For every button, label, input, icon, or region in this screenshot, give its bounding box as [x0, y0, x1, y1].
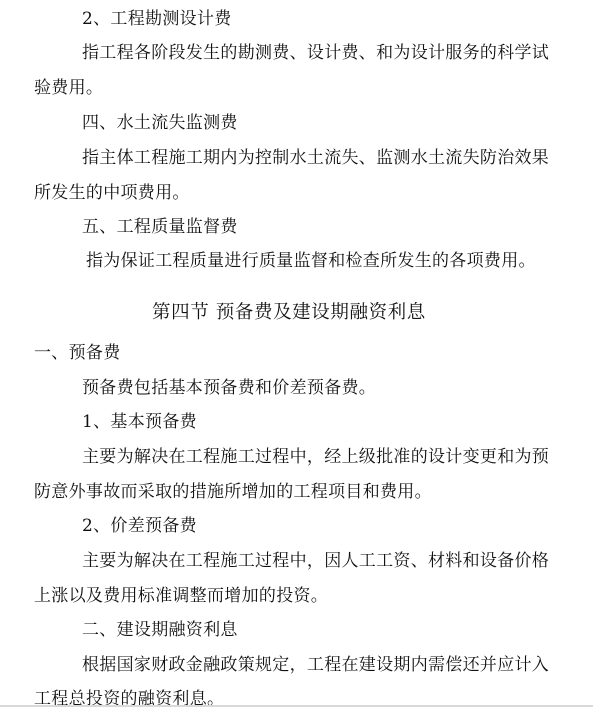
heading-reserve-fee: 一、预备费 — [34, 343, 121, 363]
subheading-basic-reserve: 1、基本预备费 — [82, 412, 197, 432]
subheading-construction-financing-interest: 二、建设期融资利息 — [82, 620, 238, 640]
paragraph-quality-supervision: 指为保证工程质量进行质量监督和检查所发生的各项费用。 — [86, 251, 536, 271]
paragraph-financing-line1: 根据国家财政金融政策规定，工程在建设期内需偿还并应计入 — [82, 655, 549, 675]
paragraph-price-difference-line1: 主要为解决在工程施工过程中，因人工工资、材料和设备价格 — [82, 551, 549, 571]
paragraph-soil-erosion-line1: 指主体工程施工期内为控制水土流失、监测水土流失防治效果 — [82, 148, 549, 168]
paragraph-basic-reserve-line2: 防意外事故而采取的措施所增加的工程项目和费用。 — [34, 482, 432, 502]
paragraph-survey-design-line1: 指工程各阶段发生的勘测费、设计费、和为设计服务的科学试 — [82, 43, 549, 63]
paragraph-survey-design-line2: 验费用。 — [34, 78, 103, 98]
paragraph-soil-erosion-line2: 所发生的中项费用。 — [34, 183, 190, 203]
subheading-survey-design-fee: 2、工程勘测设计费 — [82, 9, 232, 29]
section-title: 第四节 预备费及建设期融资利息 — [152, 303, 426, 323]
subheading-price-difference-reserve: 2、价差预备费 — [82, 516, 197, 536]
paragraph-price-difference-line2: 上涨以及费用标准调整而增加的投资。 — [34, 586, 328, 606]
subheading-soil-erosion-monitoring: 四、水土流失监测费 — [82, 113, 238, 133]
paragraph-reserve-fee: 预备费包括基本预备费和价差预备费。 — [82, 378, 376, 398]
subheading-quality-supervision: 五、工程质量监督费 — [82, 217, 238, 237]
paragraph-basic-reserve-line1: 主要为解决在工程施工过程中，经上级批准的设计变更和为预 — [82, 447, 549, 467]
